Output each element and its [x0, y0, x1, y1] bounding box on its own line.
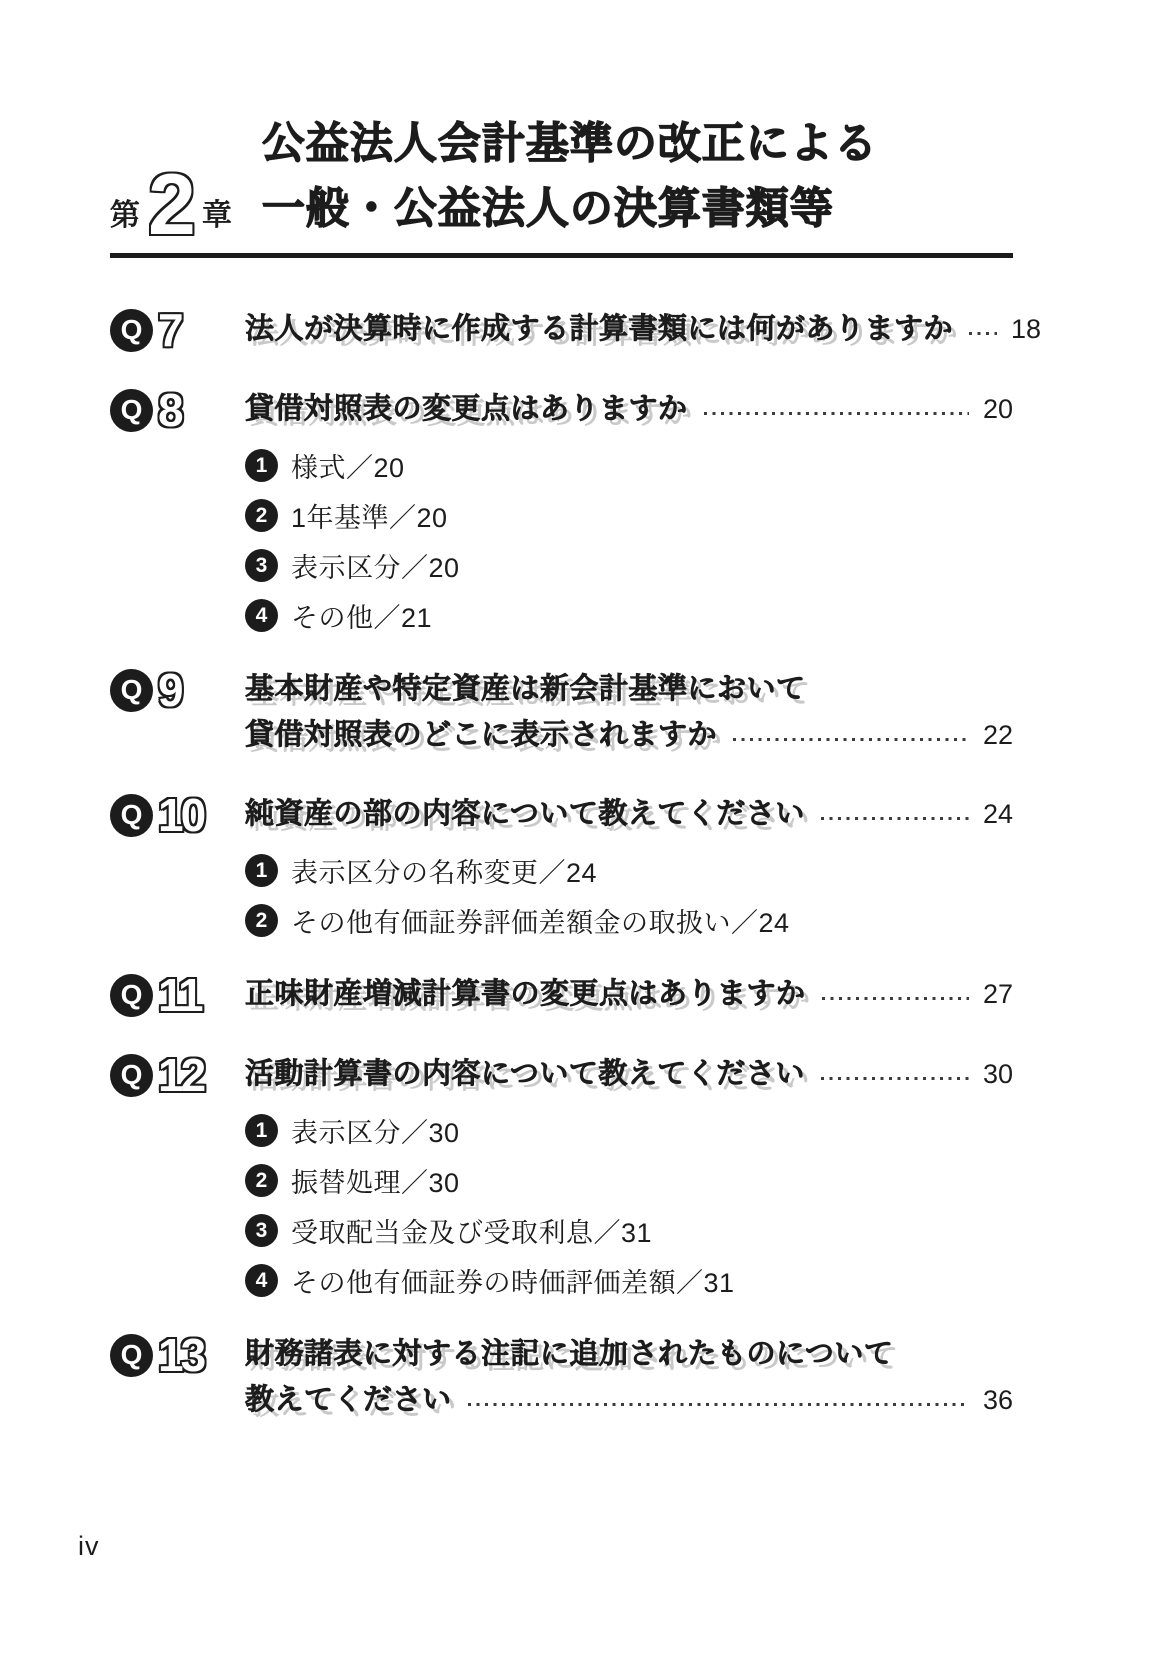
- q-badge: Q 10: [110, 791, 245, 838]
- subitem-label: 様式／20: [291, 446, 405, 485]
- subitem-number-icon: 1: [245, 1114, 278, 1147]
- chapter-prefix: 第: [110, 201, 140, 241]
- q-circle-icon: Q: [110, 794, 153, 837]
- q-badge: Q 8: [110, 386, 245, 433]
- entry-title-text: 貸借対照表のどこに表示されますか: [245, 712, 717, 758]
- subitem-number: 1: [256, 455, 268, 476]
- entry-title-row: 貸借対照表のどこに表示されますか 22: [245, 712, 1013, 758]
- toc-entry: Q 8 貸借対照表の変更点はありますか 20 1 様式／20 2 1年基準／20…: [110, 386, 1013, 633]
- chapter-title: 公益法人会計基準の改正による 一般・公益法人の決算書類等: [262, 112, 878, 241]
- q-circle-icon: Q: [110, 1334, 153, 1377]
- q-letter: Q: [121, 1341, 143, 1369]
- q-number: 7: [158, 307, 181, 353]
- entry-title-lines: 純資産の部の内容について教えてください 24: [245, 791, 1013, 837]
- toc-entry-head: Q 9 基本財産や特定資産は新会計基準において 貸借対照表のどこに表示されますか…: [110, 666, 1013, 758]
- q-badge: Q 13: [110, 1331, 245, 1378]
- page-footer: iv: [78, 1531, 100, 1562]
- q-number: 13: [158, 1332, 203, 1378]
- subitem-row: 1 表示区分／30: [245, 1113, 1013, 1148]
- q-number: 11: [158, 972, 201, 1018]
- q-badge: Q 11: [110, 971, 245, 1018]
- entry-title-lines: 法人が決算時に作成する計算書類には何がありますか 18: [245, 306, 1013, 352]
- q-circle-icon: Q: [110, 389, 153, 432]
- subitem-row: 2 その他有価証券評価差額金の取扱い／24: [245, 903, 1013, 938]
- dotted-leader: [969, 332, 997, 335]
- toc-entry: Q 13 財務諸表に対する注記に追加されたものについて 教えてください 36: [110, 1331, 1013, 1423]
- subitem-row: 4 その他有価証券の時価評価差額／31: [245, 1263, 1013, 1298]
- subitem-row: 1 様式／20: [245, 448, 1013, 483]
- q-letter: Q: [121, 396, 143, 424]
- entry-title-text: 基本財産や特定資産は新会計基準において: [245, 666, 806, 712]
- toc-entry: Q 7 法人が決算時に作成する計算書類には何がありますか 18: [110, 306, 1013, 353]
- toc-page: 第 2 章 公益法人会計基準の改正による 一般・公益法人の決算書類等 Q 7 法…: [0, 0, 1166, 1654]
- subitem-number-icon: 4: [245, 599, 278, 632]
- entry-title-row: 法人が決算時に作成する計算書類には何がありますか 18: [245, 306, 1013, 352]
- q-letter: Q: [121, 676, 143, 704]
- subitem-number: 3: [256, 1220, 268, 1241]
- subitem-number-icon: 1: [245, 449, 278, 482]
- subitem-number-icon: 3: [245, 1214, 278, 1247]
- entry-title-text: 活動計算書の内容について教えてください: [245, 1051, 805, 1097]
- entry-page-number: 36: [983, 1377, 1013, 1423]
- subitem-label: 表示区分／20: [291, 546, 460, 585]
- subitem-label: 振替処理／30: [291, 1161, 460, 1200]
- subitem-row: 3 表示区分／20: [245, 548, 1013, 583]
- entry-title-row: 基本財産や特定資産は新会計基準において: [245, 666, 1013, 712]
- subitem-number: 3: [256, 555, 268, 576]
- entry-title-row: 貸借対照表の変更点はありますか 20: [245, 386, 1013, 432]
- subitem-number-icon: 1: [245, 854, 278, 887]
- q-badge: Q 7: [110, 306, 245, 353]
- subitem-label: その他有価証券の時価評価差額／31: [291, 1261, 735, 1300]
- q-number: 8: [158, 387, 181, 433]
- subitem-row: 2 1年基準／20: [245, 498, 1013, 533]
- q-letter: Q: [121, 981, 143, 1009]
- subitem-label: その他有価証券評価差額金の取扱い／24: [291, 901, 790, 940]
- q-circle-icon: Q: [110, 974, 153, 1017]
- entry-title-lines: 貸借対照表の変更点はありますか 20: [245, 386, 1013, 432]
- entry-title-text: 純資産の部の内容について教えてください: [245, 791, 805, 837]
- toc-entry-head: Q 13 財務諸表に対する注記に追加されたものについて 教えてください 36: [110, 1331, 1013, 1423]
- entry-title-text: 法人が決算時に作成する計算書類には何がありますか: [245, 306, 953, 352]
- subitem-number: 2: [256, 505, 268, 526]
- dotted-leader: [821, 1077, 969, 1080]
- q-number: 10: [158, 792, 203, 838]
- toc-entry-head: Q 11 正味財産増減計算書の変更点はありますか 27: [110, 971, 1013, 1018]
- subitem-row: 4 その他／21: [245, 598, 1013, 633]
- subitem-list: 1 表示区分／30 2 振替処理／30 3 受取配当金及び受取利息／31 4 そ…: [110, 1113, 1013, 1298]
- entry-page-number: 24: [983, 791, 1013, 837]
- entry-title-text: 教えてください: [245, 1377, 452, 1423]
- subitem-number-icon: 4: [245, 1264, 278, 1297]
- subitem-label: 1年基準／20: [291, 496, 448, 535]
- subitem-number-icon: 2: [245, 499, 278, 532]
- entry-page-number: 18: [1011, 306, 1041, 352]
- entry-title-row: 正味財産増減計算書の変更点はありますか 27: [245, 971, 1013, 1017]
- chapter-number: 2: [148, 170, 194, 241]
- subitem-label: 受取配当金及び受取利息／31: [291, 1211, 652, 1250]
- entry-title-lines: 正味財産増減計算書の変更点はありますか 27: [245, 971, 1013, 1017]
- chapter-title-line1: 公益法人会計基準の改正による: [262, 112, 878, 177]
- dotted-leader: [704, 412, 969, 415]
- q-number: 12: [158, 1052, 203, 1098]
- entry-title-lines: 基本財産や特定資産は新会計基準において 貸借対照表のどこに表示されますか 22: [245, 666, 1013, 758]
- toc-entry-head: Q 8 貸借対照表の変更点はありますか 20: [110, 386, 1013, 433]
- subitem-label: その他／21: [291, 596, 432, 635]
- entry-title-row: 純資産の部の内容について教えてください 24: [245, 791, 1013, 837]
- page-number-label: iv: [78, 1531, 100, 1561]
- entry-title-row: 財務諸表に対する注記に追加されたものについて: [245, 1331, 1013, 1377]
- entry-page-number: 27: [983, 971, 1013, 1017]
- subitem-label: 表示区分の名称変更／24: [291, 851, 597, 890]
- chapter-label: 第 2 章: [110, 170, 232, 241]
- q-badge: Q 12: [110, 1051, 245, 1098]
- entry-title-lines: 財務諸表に対する注記に追加されたものについて 教えてください 36: [245, 1331, 1013, 1423]
- entry-page-number: 22: [983, 712, 1013, 758]
- entry-page-number: 20: [983, 386, 1013, 432]
- toc-entry: Q 12 活動計算書の内容について教えてください 30 1 表示区分／30 2 …: [110, 1051, 1013, 1298]
- q-letter: Q: [121, 801, 143, 829]
- entry-title-row: 教えてください 36: [245, 1377, 1013, 1423]
- toc-entry-head: Q 10 純資産の部の内容について教えてください 24: [110, 791, 1013, 838]
- entry-title-text: 正味財産増減計算書の変更点はありますか: [245, 971, 806, 1017]
- entry-title-text: 貸借対照表の変更点はありますか: [245, 386, 688, 432]
- dotted-leader: [821, 817, 969, 820]
- subitem-number: 4: [256, 605, 268, 626]
- toc-entry-head: Q 12 活動計算書の内容について教えてください 30: [110, 1051, 1013, 1098]
- q-circle-icon: Q: [110, 309, 153, 352]
- q-number: 9: [158, 667, 181, 713]
- toc-entry: Q 9 基本財産や特定資産は新会計基準において 貸借対照表のどこに表示されますか…: [110, 666, 1013, 758]
- subitem-row: 1 表示区分の名称変更／24: [245, 853, 1013, 888]
- dotted-leader: [468, 1403, 969, 1406]
- q-circle-icon: Q: [110, 669, 153, 712]
- subitem-row: 2 振替処理／30: [245, 1163, 1013, 1198]
- subitem-list: 1 様式／20 2 1年基準／20 3 表示区分／20 4 その他／21: [110, 448, 1013, 633]
- subitem-row: 3 受取配当金及び受取利息／31: [245, 1213, 1013, 1248]
- q-badge: Q 9: [110, 666, 245, 713]
- subitem-number: 4: [256, 1270, 268, 1291]
- q-letter: Q: [121, 1061, 143, 1089]
- q-letter: Q: [121, 316, 143, 344]
- q-circle-icon: Q: [110, 1054, 153, 1097]
- dotted-leader: [733, 738, 969, 741]
- dotted-leader: [822, 997, 969, 1000]
- subitem-number: 1: [256, 860, 268, 881]
- subitem-list: 1 表示区分の名称変更／24 2 その他有価証券評価差額金の取扱い／24: [110, 853, 1013, 938]
- entry-title-row: 活動計算書の内容について教えてください 30: [245, 1051, 1013, 1097]
- subitem-number-icon: 2: [245, 904, 278, 937]
- chapter-suffix: 章: [202, 201, 232, 241]
- toc-entry: Q 11 正味財産増減計算書の変更点はありますか 27: [110, 971, 1013, 1018]
- subitem-number-icon: 3: [245, 549, 278, 582]
- toc-entry: Q 10 純資産の部の内容について教えてください 24 1 表示区分の名称変更／…: [110, 791, 1013, 938]
- subitem-number-icon: 2: [245, 1164, 278, 1197]
- subitem-number: 2: [256, 1170, 268, 1191]
- entry-page-number: 30: [983, 1051, 1013, 1097]
- subitem-number: 2: [256, 910, 268, 931]
- subitem-number: 1: [256, 1120, 268, 1141]
- chapter-header: 第 2 章 公益法人会計基準の改正による 一般・公益法人の決算書類等: [110, 112, 1013, 258]
- entry-title-text: 財務諸表に対する注記に追加されたものについて: [245, 1331, 893, 1377]
- toc-list: Q 7 法人が決算時に作成する計算書類には何がありますか 18 Q 8 貸借対照…: [110, 258, 1013, 1423]
- entry-title-lines: 活動計算書の内容について教えてください 30: [245, 1051, 1013, 1097]
- chapter-title-line2: 一般・公益法人の決算書類等: [262, 177, 878, 242]
- toc-entry-head: Q 7 法人が決算時に作成する計算書類には何がありますか 18: [110, 306, 1013, 353]
- subitem-label: 表示区分／30: [291, 1111, 460, 1150]
